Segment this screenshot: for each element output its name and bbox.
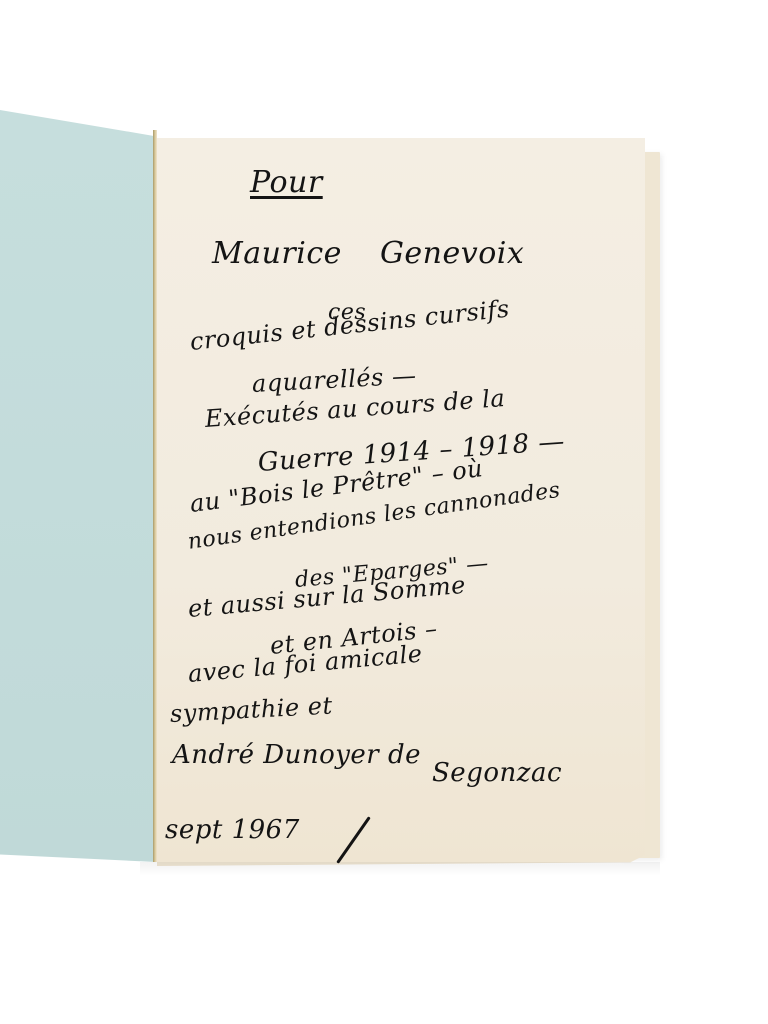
inscription-date: sept 1967 bbox=[165, 815, 300, 845]
page-shadow bbox=[140, 862, 660, 876]
book-photo: Pour Maurice Genevoix ces croquis et des… bbox=[0, 0, 768, 1024]
signature-line-2: Segonzac bbox=[432, 758, 562, 788]
blue-endpaper bbox=[0, 110, 156, 862]
book-gutter bbox=[153, 130, 157, 862]
signature-line-1: André Dunoyer de bbox=[172, 740, 421, 770]
inscription-line-recipient: Maurice Genevoix bbox=[212, 236, 524, 271]
inscription-line-pour: Pour bbox=[250, 165, 323, 200]
